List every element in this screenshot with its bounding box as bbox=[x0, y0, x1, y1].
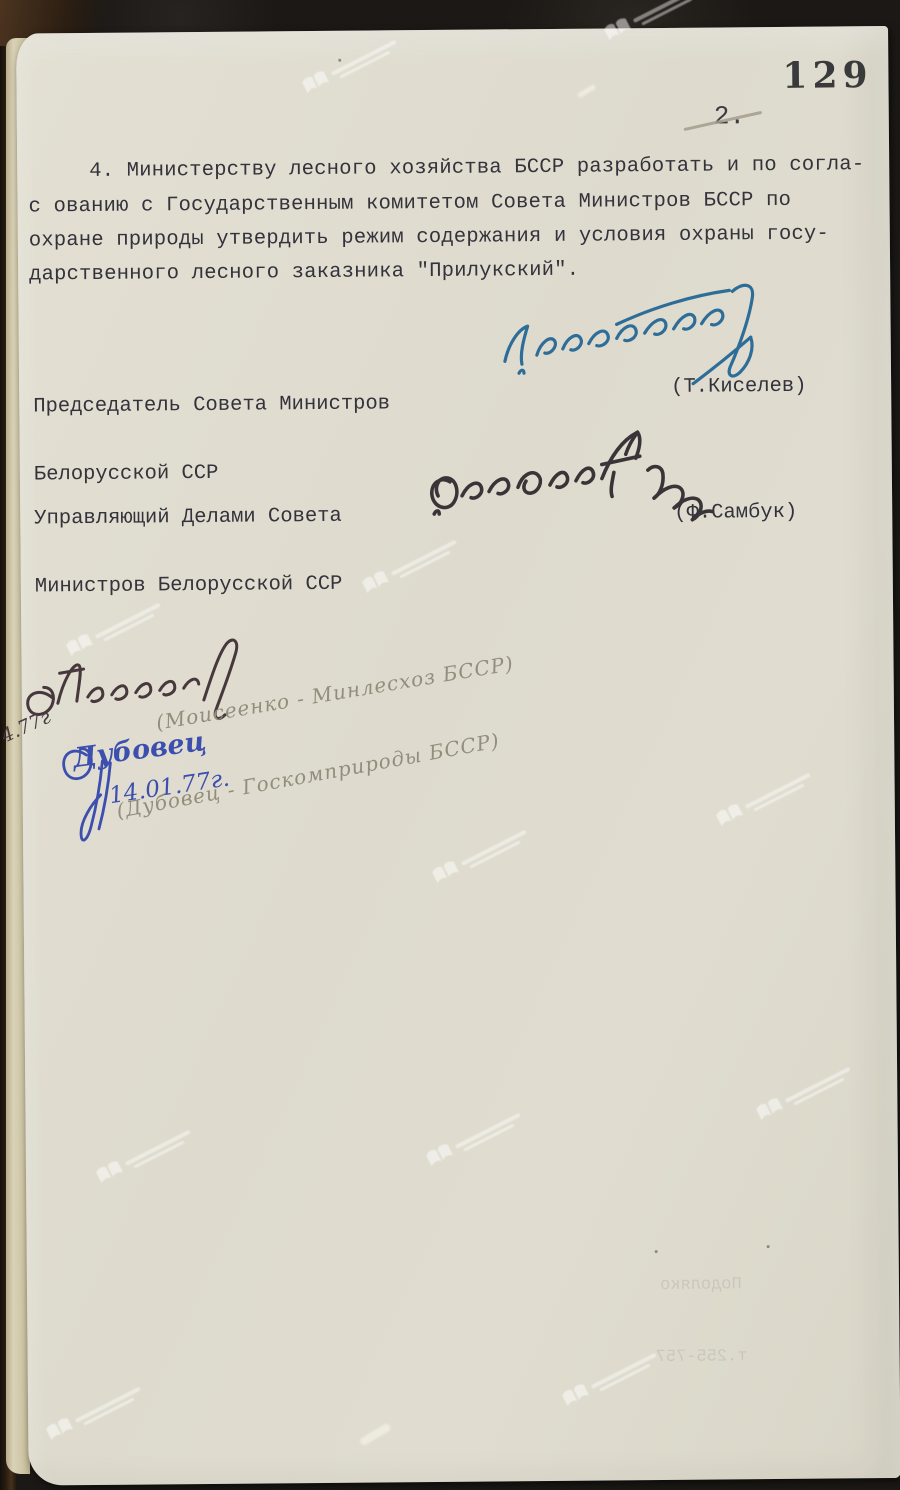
scratch-mark bbox=[359, 1422, 392, 1446]
bleedthrough-line: т.255-757 bbox=[656, 1345, 748, 1370]
folio-number: 129 bbox=[782, 54, 873, 97]
document-page: 129 2. 4. Министерству лесного хозяйства… bbox=[16, 26, 900, 1486]
scratch-mark bbox=[577, 84, 597, 98]
bleedthrough-text: Подоляко т.255-757 bbox=[654, 1225, 748, 1418]
signatory-title-line: Министров Белорусской ССР bbox=[35, 573, 343, 598]
dust-speck bbox=[767, 1245, 770, 1248]
signatory-name: (Ф.Самбук) bbox=[674, 501, 797, 525]
signatory-title-line: Председатель Совета Министров bbox=[33, 393, 390, 419]
signatory-title-line: Управляющий Делами Совета bbox=[34, 506, 342, 531]
bleedthrough-line: Подоляко bbox=[655, 1273, 747, 1298]
dust-speck bbox=[655, 1250, 658, 1253]
signatory-title: Управляющий Делами Совета Министров Бело… bbox=[34, 461, 343, 644]
signatory-name: (Т.Киселев) bbox=[671, 375, 807, 399]
body-line: охране природы утвердить режим содержани… bbox=[29, 218, 829, 260]
